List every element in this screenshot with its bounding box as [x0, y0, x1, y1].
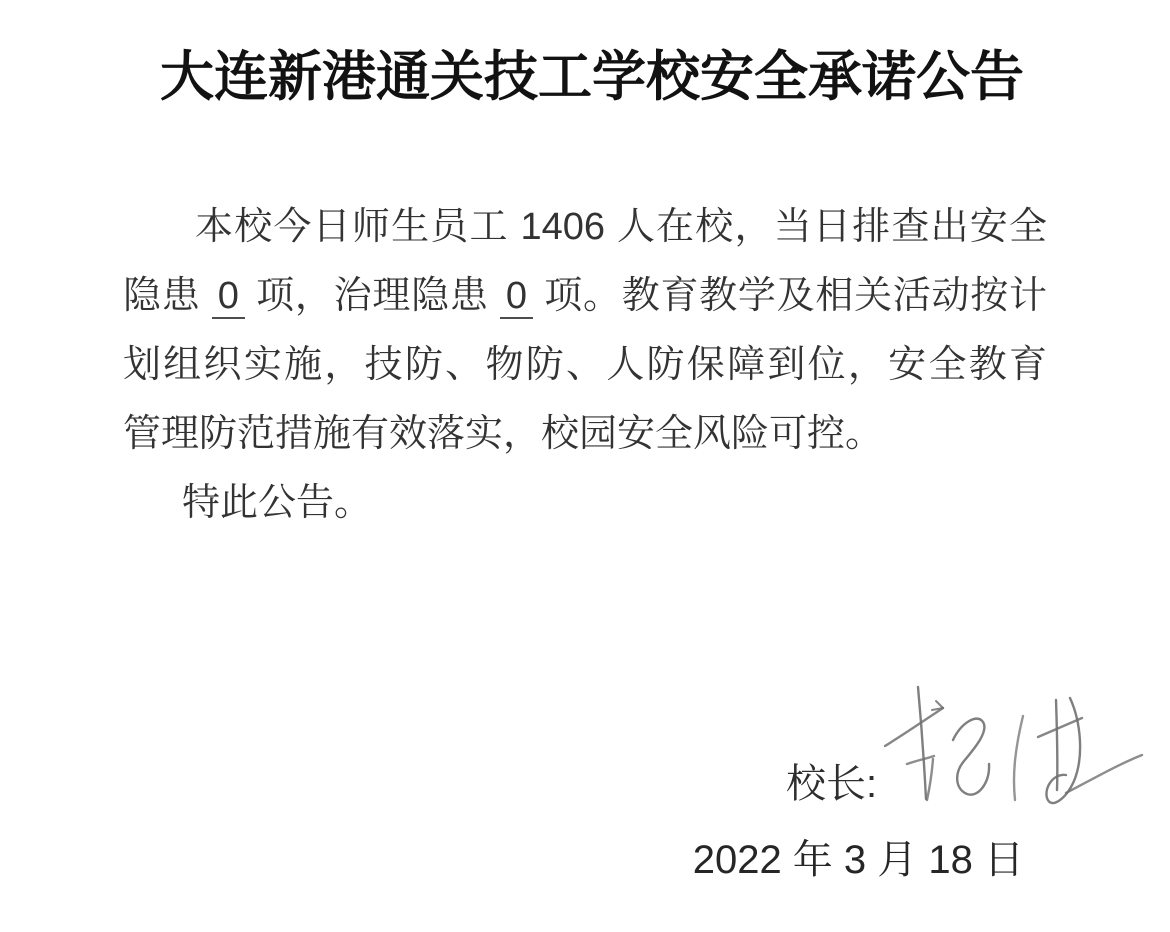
body-line-2: 隐患 0 项，治理隐患 0 项。教育教学及相关活动按计 [123, 262, 1047, 331]
hidden-dangers-treated-count: 0 [500, 275, 533, 319]
body-text-segment: 管理防范措施有效落实，校园安全风险可控。 [123, 413, 883, 455]
body-text-segment: 特此公告。 [182, 482, 372, 524]
body-line-3: 划组织实施，技防、物防、人防保障到位，安全教育 [123, 331, 1047, 400]
page-title: 大连新港通关技工学校安全承诺公告 [160, 46, 1024, 108]
body-text-segment: 隐患 [123, 275, 212, 317]
body-line-4: 管理防范措施有效落实，校园安全风险可控。 [123, 400, 1047, 469]
principal-handwritten-signature-icon [855, 660, 1145, 820]
body-text-segment: 项。教育教学及相关活动按计 [533, 275, 1047, 317]
announcement-body: 本校今日师生员工 1406 人在校，当日排查出安全 隐患 0 项，治理隐患 0 … [123, 193, 1047, 538]
body-closing-line: 特此公告。 [123, 469, 1047, 538]
announcement-page: 大连新港通关技工学校安全承诺公告 本校今日师生员工 1406 人在校，当日排查出… [0, 0, 1170, 932]
hidden-dangers-found-count: 0 [212, 275, 245, 319]
body-line-1: 本校今日师生员工 1406 人在校，当日排查出安全 [123, 193, 1047, 262]
body-text-segment: 划组织实施，技防、物防、人防保障到位，安全教育 [123, 344, 1047, 386]
body-text-segment: 本校今日师生员工 1406 人在校，当日排查出安全 [195, 206, 1047, 248]
body-text-segment: 项，治理隐患 [245, 275, 500, 317]
date-line: 2022 年 3 月 18 日 [693, 828, 1024, 885]
